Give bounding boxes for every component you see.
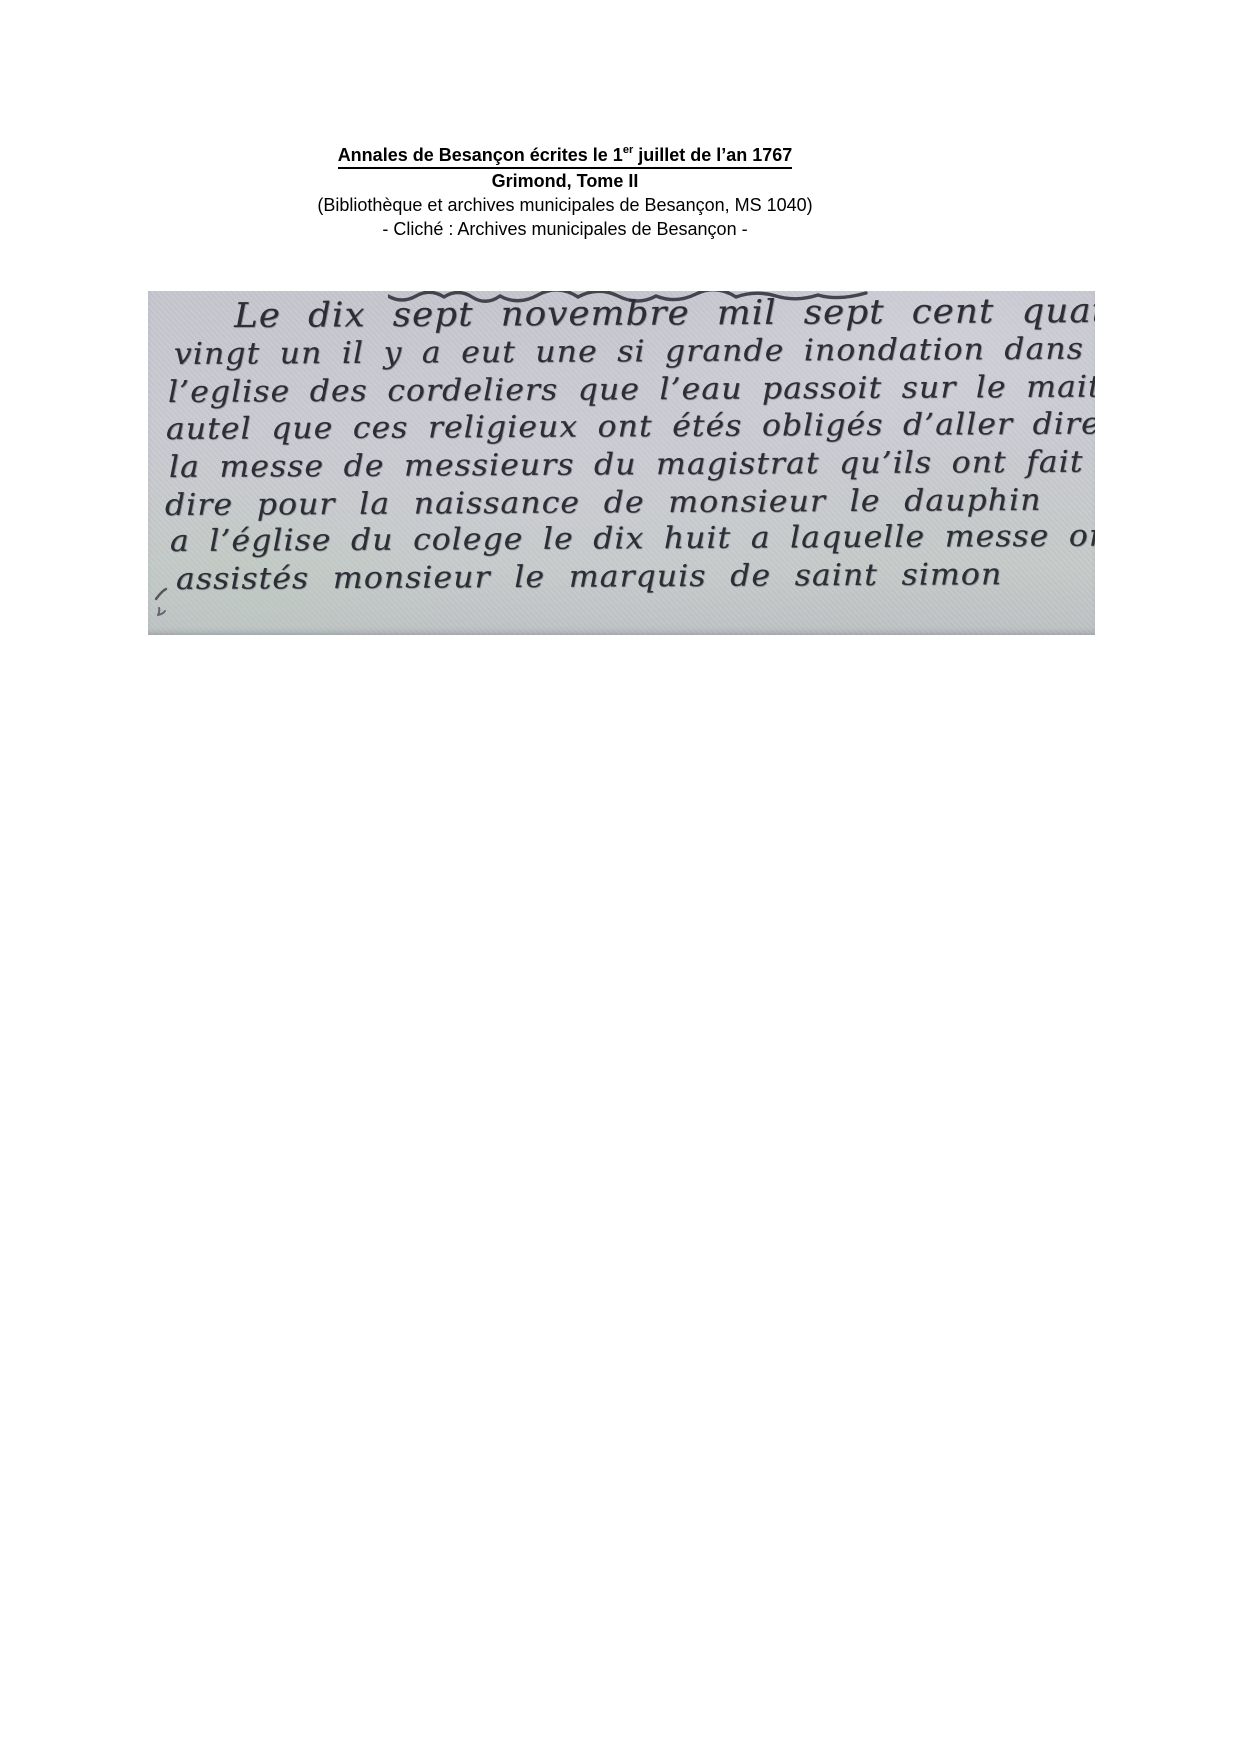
manuscript-scan: Le dix sept novembre mil sept cent quatr… (148, 291, 1095, 635)
ink-speck (152, 587, 174, 621)
credit-line: - Cliché : Archives municipales de Besan… (0, 217, 1130, 241)
manuscript-line: l’eglise des cordeliers que l’eau passoi… (168, 370, 1095, 410)
manuscript-line: vingt un il y a eut une si grande inonda… (174, 333, 1084, 372)
manuscript-line: autel que ces religieux ont étés obligés… (166, 408, 1095, 447)
page-subtitle: Grimond, Tome II (0, 169, 1130, 193)
title-superscript: er (623, 144, 633, 156)
page-title: Annales de Besançon écrites le 1er juill… (0, 143, 1130, 169)
title-text-part1: Annales de Besançon écrites le 1 (338, 145, 623, 165)
manuscript-line: Le dix sept novembre mil sept cent quatr… (234, 294, 1095, 333)
document-page: Annales de Besançon écrites le 1er juill… (0, 0, 1240, 1754)
manuscript-line: dire pour la naissance de monsieur le da… (165, 484, 1042, 523)
document-header: Annales de Besançon écrites le 1er juill… (0, 143, 1130, 241)
manuscript-line: assistés monsieur le marquis de saint si… (176, 558, 1002, 597)
manuscript-line: la messe de messieurs du magistrat qu’il… (169, 446, 1084, 485)
manuscript-line: a l’église du colege le dix huit a laque… (170, 519, 1095, 559)
title-text-part2: juillet de l’an 1767 (633, 145, 792, 165)
source-line: (Bibliothèque et archives municipales de… (0, 193, 1130, 217)
title-underlined-text: Annales de Besançon écrites le 1er juill… (338, 145, 793, 169)
